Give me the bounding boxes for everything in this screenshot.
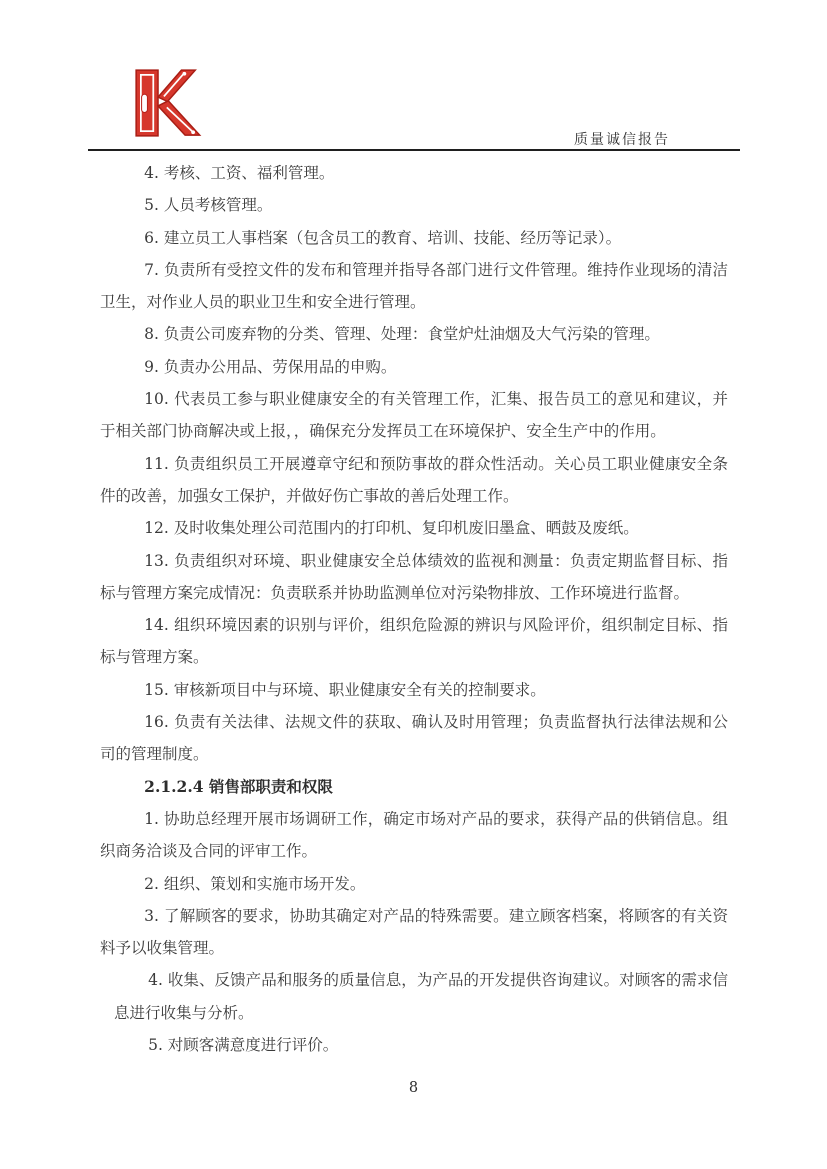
admin-item-4: 4. 考核、工资、福利管理。 [100,157,728,189]
company-k-logo-icon [131,64,207,142]
header-divider-line [88,149,740,151]
admin-item-14: 14. 组织环境因素的识别与评价，组织危险源的辨识与风险评价，组织制定目标、指标… [100,609,728,674]
page-number: 8 [0,1080,827,1096]
admin-item-13: 13. 负责组织对环境、职业健康安全总体绩效的监视和测量：负责定期监督目标、指标… [100,545,728,610]
sales-item-2: 2. 组织、策划和实施市场开发。 [100,868,728,900]
document-body: 4. 考核、工资、福利管理。 5. 人员考核管理。 6. 建立员工人事档案（包含… [100,157,728,1061]
admin-item-16: 16. 负责有关法律、法规文件的获取、确认及时用管理；负责监督执行法律法规和公司… [100,706,728,771]
sales-item-1: 1. 协助总经理开展市场调研工作，确定市场对产品的要求，获得产品的供销信息。组织… [100,803,728,868]
admin-item-15: 15. 审核新项目中与环境、职业健康安全有关的控制要求。 [100,674,728,706]
sales-item-3: 3. 了解顾客的要求，协助其确定对产品的特殊需要。建立顾客档案，将顾客的有关资料… [100,900,728,965]
sales-item-5: 5. 对顾客满意度进行评价。 [114,1029,728,1061]
section-heading-sales-dept: 2.1.2.4 销售部职责和权限 [100,771,728,803]
admin-item-12: 12. 及时收集处理公司范围内的打印机、复印机废旧墨盒、晒鼓及废纸。 [100,512,728,544]
admin-item-7: 7. 负责所有受控文件的发布和管理并指导各部门进行文件管理。维持作业现场的清洁卫… [100,254,728,319]
admin-item-9: 9. 负责办公用品、劳保用品的申购。 [100,351,728,383]
admin-item-11: 11. 负责组织员工开展遵章守纪和预防事故的群众性活动。关心员工职业健康安全条件… [100,448,728,513]
admin-item-6: 6. 建立员工人事档案（包含员工的教育、培训、技能、经历等记录）。 [100,222,728,254]
admin-item-5: 5. 人员考核管理。 [100,189,728,221]
admin-item-8: 8. 负责公司废弃物的分类、管理、处理：食堂炉灶油烟及大气污染的管理。 [100,318,728,350]
document-page: 质量诚信报告 4. 考核、工资、福利管理。 5. 人员考核管理。 6. 建立员工… [0,0,827,1169]
report-header-title: 质量诚信报告 [574,129,670,149]
admin-item-10: 10. 代表员工参与职业健康安全的有关管理工作，汇集、报告员工的意见和建议，并于… [100,383,728,448]
company-logo [131,64,207,142]
sales-item-4: 4. 收集、反馈产品和服务的质量信息，为产品的开发提供咨询建议。对顾客的需求信息… [114,964,728,1029]
